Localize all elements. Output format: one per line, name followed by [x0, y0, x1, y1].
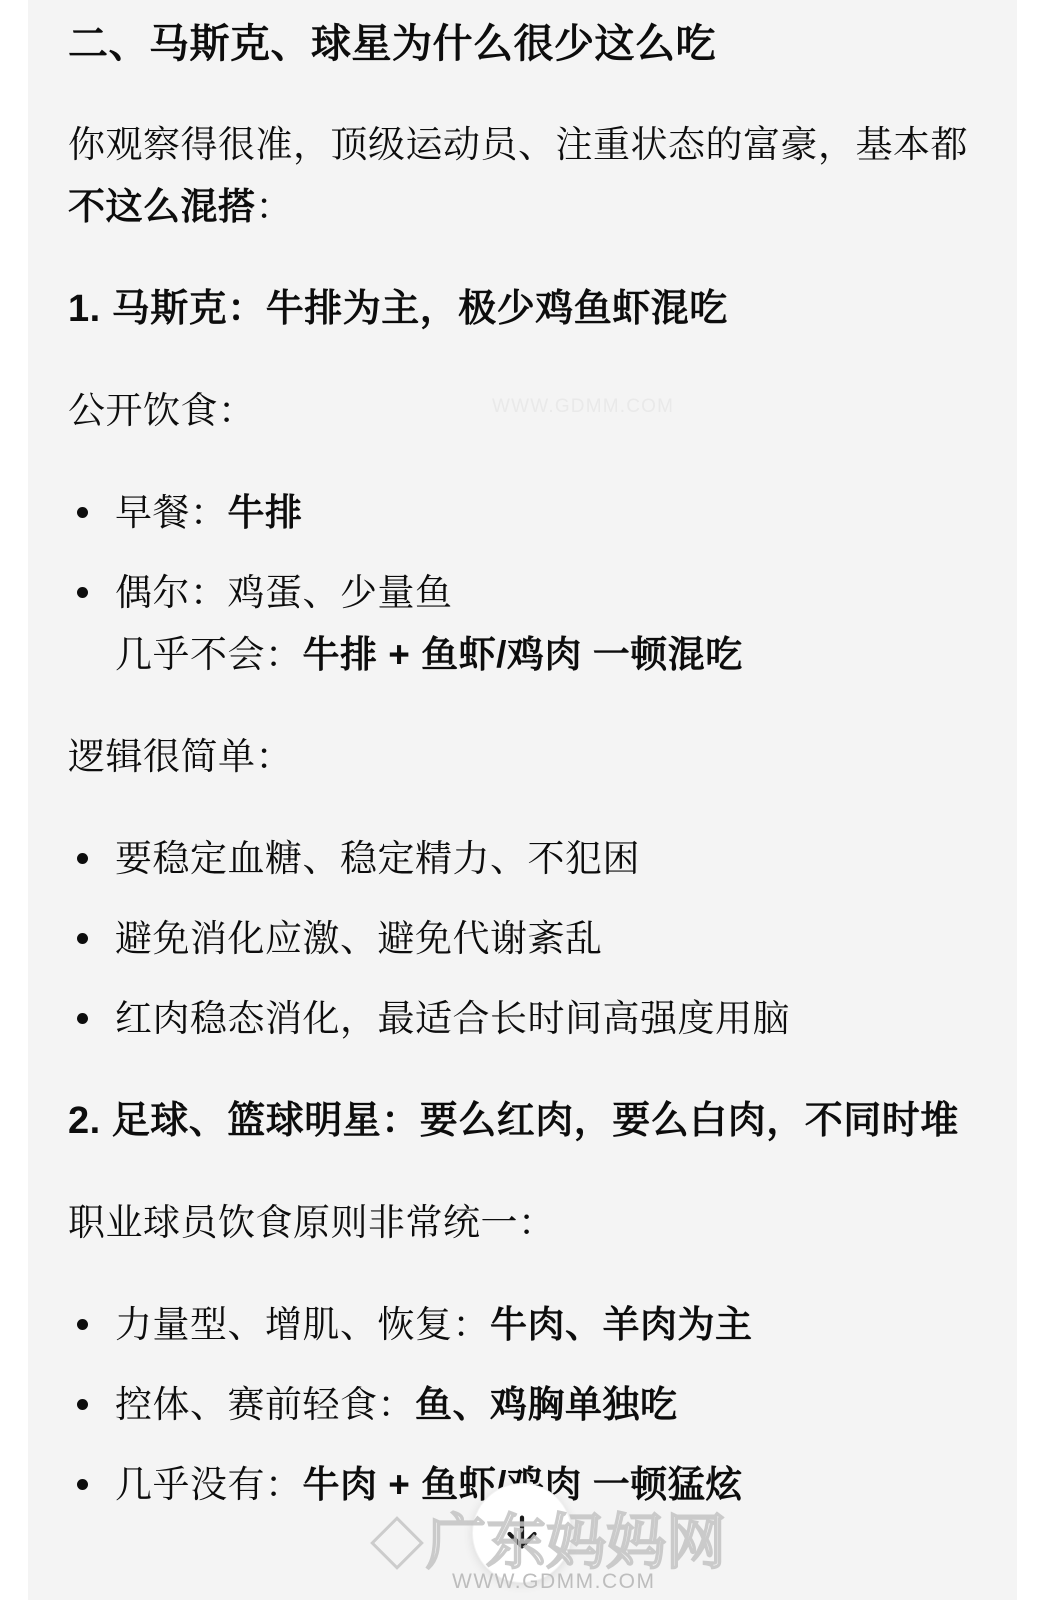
chat-screenshot-page: WWW.GDMM.COM 二、马斯克、球星为什么很少这么吃 你观察得很准，顶级运…: [0, 0, 1051, 1600]
list-item: 避免消化应激、避免代谢紊乱: [68, 908, 971, 970]
bullet-text: 红肉稳态消化，最适合长时间高强度用脑: [115, 988, 971, 1050]
list-item: 要稳定血糖、稳定精力、不犯困: [68, 828, 971, 890]
bullet-dot-icon: [77, 1399, 88, 1410]
bullet-text: 几乎不会：: [115, 634, 303, 675]
bullet-text: 偶尔：鸡蛋、少量鱼: [115, 562, 971, 624]
list-item: 控体、赛前轻食：鱼、鸡胸单独吃: [68, 1374, 971, 1436]
logic-list: 要稳定血糖、稳定精力、不犯困 避免消化应激、避免代谢紊乱 红肉稳态消化，最适合长…: [68, 828, 971, 1050]
bullet-text: 避免消化应激、避免代谢紊乱: [115, 908, 971, 970]
bullet-text: 早餐：: [115, 492, 228, 533]
heading-main: 二、马斯克、球星为什么很少这么吃: [68, 14, 971, 74]
bullet-dot-icon: [77, 853, 88, 864]
list-item: 偶尔：鸡蛋、少量鱼 几乎不会：牛排 + 鱼虾/鸡肉 一顿混吃: [68, 562, 971, 686]
section1-heading: 1. 马斯克：牛排为主，极少鸡鱼虾混吃: [68, 278, 971, 340]
bullet-bold-text: 鱼、鸡胸单独吃: [415, 1384, 678, 1425]
bullet-dot-icon: [77, 1319, 88, 1330]
down-arrow-icon: [499, 1510, 545, 1556]
bullet-text: 力量型、增肌、恢复：: [115, 1304, 490, 1345]
section2-heading: 2. 足球、篮球明星：要么红肉，要么白肉，不同时堆: [68, 1090, 971, 1152]
list-item: 红肉稳态消化，最适合长时间高强度用脑: [68, 988, 971, 1050]
bullet-text: 几乎没有：: [115, 1464, 303, 1505]
section2-lead: 职业球员饮食原则非常统一：: [68, 1192, 971, 1254]
bullet-bold-text: 牛排 + 鱼虾/鸡肉 一顿混吃: [303, 634, 743, 675]
bullet-dot-icon: [77, 507, 88, 518]
section1-lead: 公开饮食：: [68, 380, 971, 442]
intro-text: 你观察得很准，顶级运动员、注重状态的富豪，基本都: [68, 124, 968, 165]
bullet-text: 控体、赛前轻食：: [115, 1384, 415, 1425]
intro-bold-text: 不这么混搭: [68, 186, 256, 227]
bullet-text: 要稳定血糖、稳定精力、不犯困: [115, 828, 971, 890]
list-item: 早餐：牛排: [68, 482, 971, 544]
list-item: 力量型、增肌、恢复：牛肉、羊肉为主: [68, 1294, 971, 1356]
musk-diet-list: 早餐：牛排 偶尔：鸡蛋、少量鱼 几乎不会：牛排 + 鱼虾/鸡肉 一顿混吃: [68, 482, 971, 686]
intro-colon: ：: [256, 186, 294, 227]
intro-paragraph: 你观察得很准，顶级运动员、注重状态的富豪，基本都不这么混搭：: [68, 114, 971, 238]
bullet-dot-icon: [77, 587, 88, 598]
scroll-to-bottom-button[interactable]: [472, 1483, 572, 1583]
bullet-dot-icon: [77, 1479, 88, 1490]
bullet-bold-text: 牛肉、羊肉为主: [490, 1304, 753, 1345]
bullet-bold-text: 牛排: [228, 492, 303, 533]
bullet-dot-icon: [77, 933, 88, 944]
logic-lead: 逻辑很简单：: [68, 726, 971, 788]
assistant-message-panel: 二、马斯克、球星为什么很少这么吃 你观察得很准，顶级运动员、注重状态的富豪，基本…: [28, 0, 1017, 1600]
bullet-dot-icon: [77, 1013, 88, 1024]
